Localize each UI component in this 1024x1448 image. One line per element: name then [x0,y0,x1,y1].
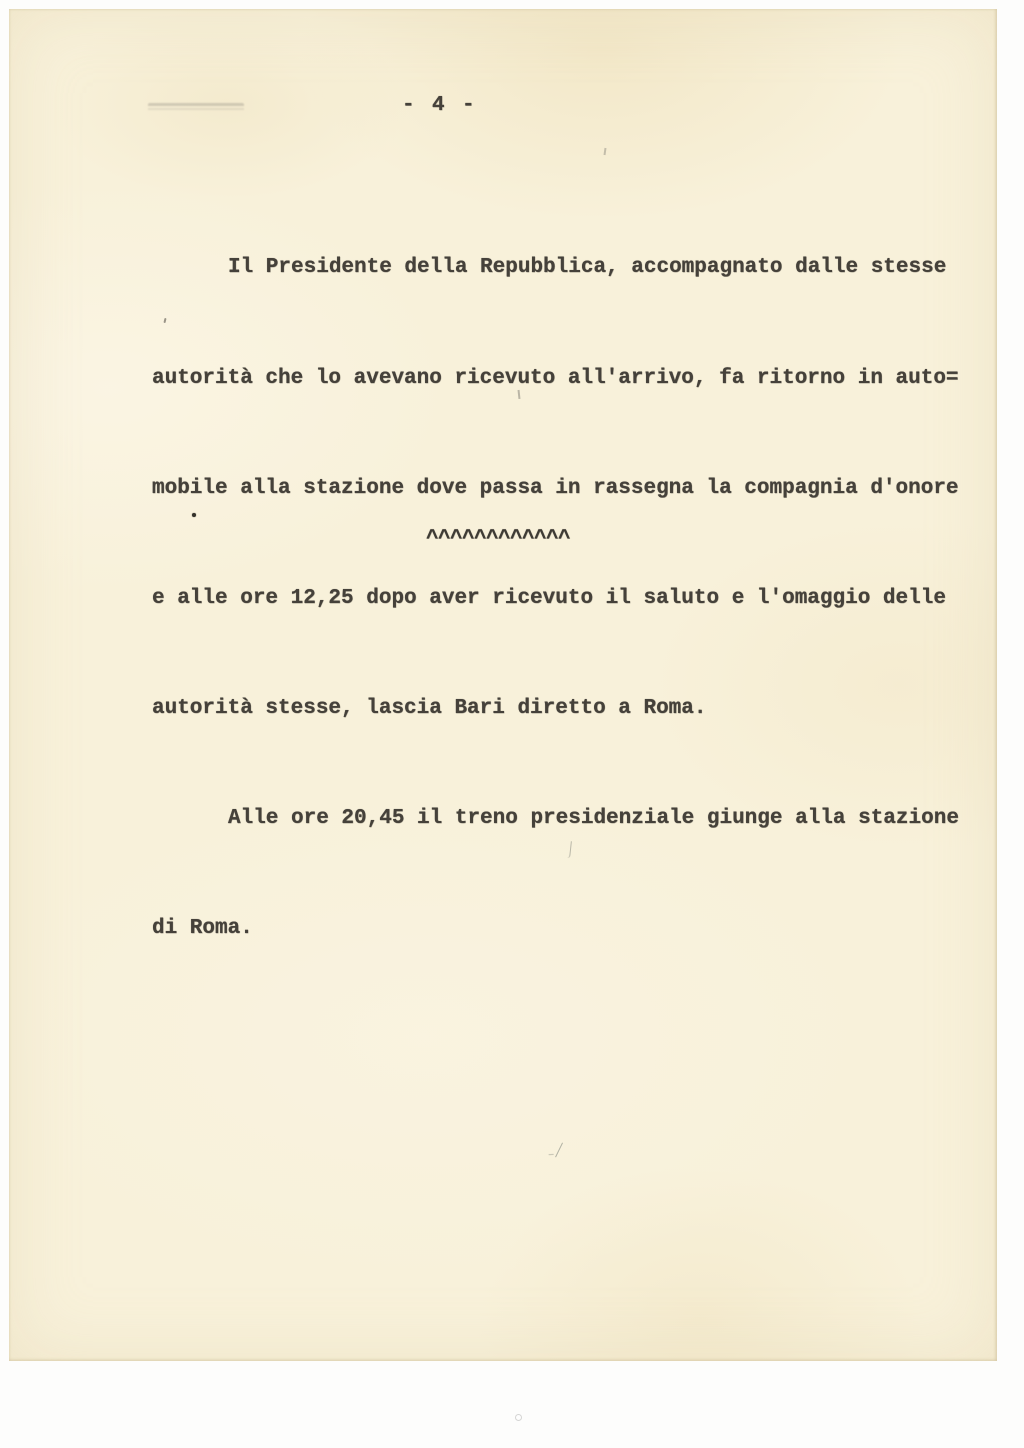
stray-speck [604,148,607,155]
document-paper: - 4 - Il Presidente della Repubblica, ac… [9,9,997,1361]
stray-speck [515,1414,522,1421]
stray-pencil-check [547,1139,563,1158]
typed-line: autorità che lo avevano ricevuto all'arr… [152,361,959,398]
typed-line: mobile alla stazione dove passa in rasse… [152,471,959,508]
typed-line: autorità stesse, lascia Bari diretto a R… [152,691,959,728]
typed-line: di Roma. [152,911,959,948]
typed-line: Il Presidente della Repubblica, accompag… [152,250,959,287]
caret-separator-row: ^^^^^^^^^^^^ [426,528,570,551]
typed-line: e alle ore 12,25 dopo aver ricevuto il s… [152,581,959,618]
typed-line: Alle ore 20,45 il treno presidenziale gi… [152,801,959,838]
scanned-document: - 4 - Il Presidente della Repubblica, ac… [0,0,1024,1448]
erased-text-smudge [148,103,244,115]
stray-ink-dot [192,513,196,517]
page-number: - 4 - [402,94,477,117]
document-body: Il Presidente della Repubblica, accompag… [152,177,959,1021]
